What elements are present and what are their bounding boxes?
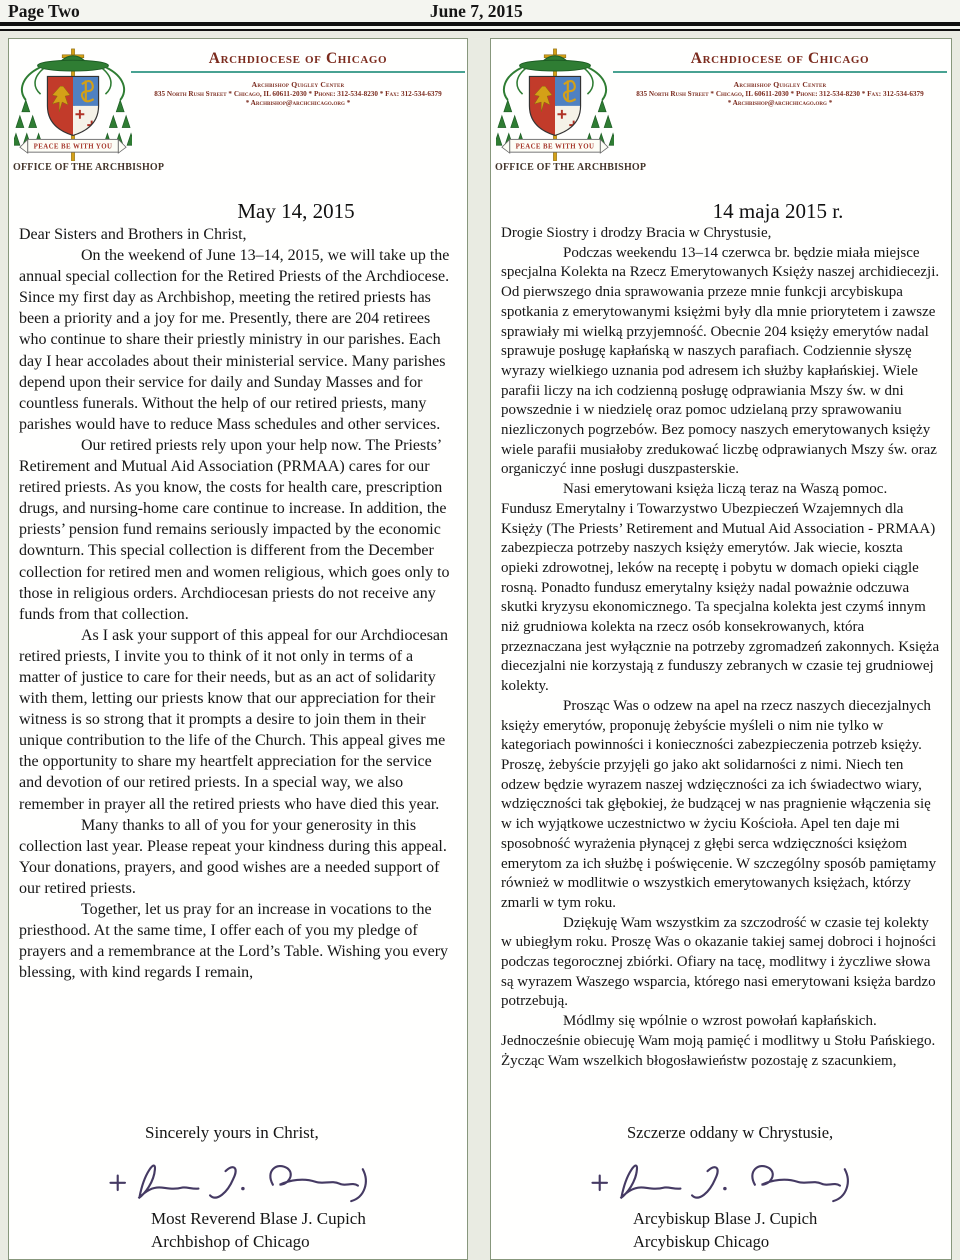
page-number-label: Page Two xyxy=(8,1,80,22)
bulletin-header: Page Two June 7, 2015 xyxy=(0,0,960,22)
address-line: 835 North Rush Street * Chicago, IL 6061… xyxy=(613,90,947,98)
office-label: OFFICE OF THE ARCHBISHOP xyxy=(495,162,646,173)
email-line: * Archbishop@archchicago.org * xyxy=(613,99,947,107)
paragraph: Our retired priests rely upon your help … xyxy=(19,435,457,625)
signer-title: Archbishop of Chicago xyxy=(151,1230,457,1253)
paragraph: Many thanks to all of you for your gener… xyxy=(19,815,457,899)
letters-container: Archdiocese of Chicago Archbishop Quigle… xyxy=(0,31,960,1260)
teal-rule xyxy=(131,71,465,73)
coat-of-arms xyxy=(14,43,132,161)
paragraph: Prosząc Was o odzew na apel na rzecz nas… xyxy=(501,697,941,914)
issue-date-label: June 7, 2015 xyxy=(430,1,523,22)
signature xyxy=(577,1145,867,1207)
teal-rule xyxy=(613,71,947,73)
letterhead-english: Archdiocese of Chicago Archbishop Quigle… xyxy=(9,39,467,184)
paragraphs: On the weekend of June 13–14, 2015, we w… xyxy=(19,245,457,983)
letterhead-text: Archdiocese of Chicago Archbishop Quigle… xyxy=(613,39,947,107)
coat-of-arms xyxy=(496,43,614,161)
closing-line: Szczerze oddany w Chrystusie, xyxy=(627,1123,941,1143)
office-label: OFFICE OF THE ARCHBISHOP xyxy=(13,162,164,173)
letterhead-polish: Archdiocese of Chicago Archbishop Quigle… xyxy=(491,39,951,184)
salutation: Drogie Siostry i drodzy Bracia w Chrystu… xyxy=(501,224,941,244)
email-line: * Archbishop@archchicago.org * xyxy=(131,99,465,107)
paragraph: Podczas weekendu 13–14 czerwca br. będzi… xyxy=(501,244,941,480)
paragraph: As I ask your support of this appeal for… xyxy=(19,625,457,815)
paragraph: Módlmy się wpólnie o wzrost powołań kapł… xyxy=(501,1012,941,1071)
letter-body: Drogie Siostry i drodzy Bracia w Chrystu… xyxy=(491,224,951,1113)
signer-name: Arcybiskup Blase J. Cupich xyxy=(633,1207,941,1230)
letter-english: Archdiocese of Chicago Archbishop Quigle… xyxy=(8,38,468,1260)
letter-body: Dear Sisters and Brothers in Christ, On … xyxy=(9,224,467,1113)
signer-name: Most Reverend Blase J. Cupich xyxy=(151,1207,457,1230)
archdiocese-title: Archdiocese of Chicago xyxy=(131,50,465,68)
paragraph: Together, let us pray for an increase in… xyxy=(19,899,457,983)
signer-title: Arcybiskup Chicago xyxy=(633,1230,941,1253)
quigley-center-line: Archbishop Quigley Center xyxy=(131,80,465,89)
closing-line: Sincerely yours in Christ, xyxy=(145,1123,457,1143)
archdiocese-title: Archdiocese of Chicago xyxy=(613,50,947,68)
signature xyxy=(95,1145,385,1207)
address-line: 835 North Rush Street * Chicago, IL 6061… xyxy=(131,90,465,98)
closing-block: Szczerze oddany w Chrystusie, Arcybiskup… xyxy=(491,1113,951,1259)
letterhead-text: Archdiocese of Chicago Archbishop Quigle… xyxy=(131,39,465,107)
paragraph: Dziękuję Wam wszystkim za szczodrość w c… xyxy=(501,914,941,1013)
salutation: Dear Sisters and Brothers in Christ, xyxy=(19,224,457,245)
paragraph: On the weekend of June 13–14, 2015, we w… xyxy=(19,245,457,435)
header-divider xyxy=(0,22,960,31)
letter-date: 14 maja 2015 r. xyxy=(611,199,945,224)
paragraph: Nasi emerytowani księża liczą teraz na W… xyxy=(501,480,941,697)
closing-block: Sincerely yours in Christ, Most Reverend… xyxy=(9,1113,467,1259)
letter-polish: Archdiocese of Chicago Archbishop Quigle… xyxy=(490,38,952,1260)
quigley-center-line: Archbishop Quigley Center xyxy=(613,80,947,89)
paragraphs: Podczas weekendu 13–14 czerwca br. będzi… xyxy=(501,244,941,1072)
letter-date: May 14, 2015 xyxy=(129,199,463,224)
